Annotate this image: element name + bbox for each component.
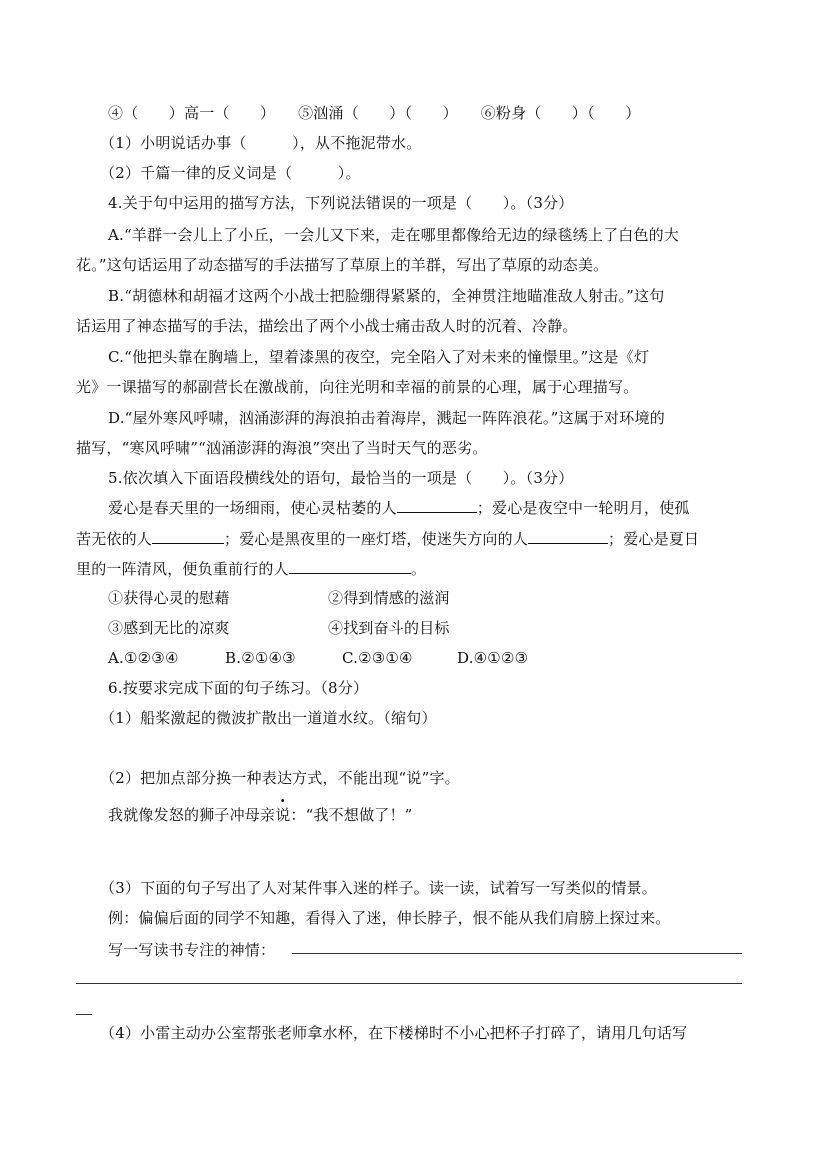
q6-sub2-sentence: 我就像发怒的狮子冲母亲说：“我不想做了！” [108,805,413,825]
q4-option-a-line1: A.“羊群一会儿上了小丘，一会儿又下来，走在哪里都像给无边的绿毯绣上了白色的大 [108,225,679,245]
q6-sub4: （4）小雷主动办公室帮张老师拿水杯，在下楼梯时不小心把杯子打碎了，请用几句话写 [100,1023,687,1043]
q5-paragraph-line2: 苦无依的人；爱心是黑夜里的一座灯塔，使迷失方向的人；爱心是夏日 [76,529,699,549]
q5-text: 爱心是春天里的一场细雨，使心灵枯萎的人 [108,499,397,517]
q6-stem: 6.按要求完成下面的句子练习。（8分） [108,678,368,698]
q6-sub2: （2）把加点部分换一种表达方式，不能出现“说”字。 [100,768,460,788]
blank-3[interactable] [528,529,608,544]
q5-option-2: ②得到情感的滋润 [328,588,450,608]
q4-option-b-line2: 话运用了神态描写的手法，描绘出了两个小战士痛击敌人时的沉着、冷静。 [76,316,578,336]
q5-text: 。 [411,560,426,578]
q4-option-a-line2: 花。”这句话运用了动态描写的手法描写了草原上的羊群，写出了草原的动态美。 [76,255,608,275]
sentence-text: 我就像发怒的狮子冲母亲 [108,806,275,824]
q6-sub3-prompt: 写一写读书专注的神情： [108,940,275,960]
q5-paragraph-line3: 里的一阵清风，便负重前行的人。 [76,559,426,579]
q5-text: ；爱心是黑夜里的一座灯塔，使迷失方向的人 [224,530,528,548]
blank-4[interactable] [289,559,411,574]
q3-row: ④（ ）高一（ ） ⑤汹涌（ ）（ ） ⑥粉身（ ）（ ） [108,103,640,123]
q3-sub2: （2）千篇一律的反义词是（ ）。 [100,163,361,183]
q5-text: 苦无依的人 [76,530,152,548]
q4-option-d-line2: 描写，“寒风呼啸”“汹涌澎湃的海浪”突出了当时天气的恶劣。 [76,438,487,458]
q5-text: ；爱心是夜空中一轮明月，使孤 [477,499,690,517]
sentence-text: ：“我不想做了！” [290,806,412,824]
q5-option-3: ③感到无比的凉爽 [108,618,230,638]
q6-sub3-example: 例：偏偏后面的同学不知趣，看得入了迷，伸长脖子，恨不能从我们肩膀上探过来。 [108,908,670,928]
q5-option-1: ①获得心灵的慰藉 [108,588,230,608]
q6-sub3: （3）下面的句子写出了人对某件事入迷的样子。读一读，试着写一写类似的情景。 [100,878,657,898]
dotted-character: 说 [275,805,290,825]
q5-text: 里的一阵清风，便负重前行的人 [76,560,289,578]
blank-1[interactable] [397,498,477,513]
q5-stem: 5.依次填入下面语段横线处的语句，最恰当的一项是（ ）。（3分） [108,468,573,488]
q4-option-d-line1: D.“屋外寒风呼啸，汹涌澎湃的海浪拍击着海岸，溅起一阵阵浪花。”这属于对环境的 [108,408,665,428]
q5-option-4: ④找到奋斗的目标 [328,618,450,638]
q5-text: ；爱心是夏日 [608,530,699,548]
q4-option-b-line1: B.“胡德林和胡福才这两个小战士把脸绷得紧紧的，全神贯注地瞄准敌人射击。”这句 [108,286,664,306]
q4-option-c-line1: C.“他把头靠在胸墙上，望着漆黑的夜空，完全陷入了对未来的憧憬里。”这是《灯 [108,347,649,367]
q5-choice-c: C.②③①④ [342,648,413,668]
q5-choice-d: D.④①②③ [457,648,528,668]
q4-option-c-line2: 光》一课描写的郝副营长在激战前，向往光明和幸福的前景的心理，属于心理描写。 [76,377,638,397]
answer-line-1[interactable] [292,953,742,954]
q5-paragraph-line1: 爱心是春天里的一场细雨，使心灵枯萎的人；爱心是夜空中一轮明月，使孤 [108,498,690,518]
answer-line-2[interactable] [76,983,742,984]
q5-choice-b: B.②①④③ [225,648,296,668]
blank-2[interactable] [152,529,224,544]
q4-stem: 4.关于句中运用的描写方法，下列说法错误的一项是（ ）。（3分） [108,193,573,213]
q6-sub1: （1）船桨激起的微波扩散出一道道水纹。（缩句） [100,708,437,728]
answer-line-3[interactable] [76,1014,92,1015]
q3-sub1: （1）小明说话办事（ ），从不拖泥带水。 [100,133,421,153]
q5-choice-a: A.①②③④ [108,648,179,668]
